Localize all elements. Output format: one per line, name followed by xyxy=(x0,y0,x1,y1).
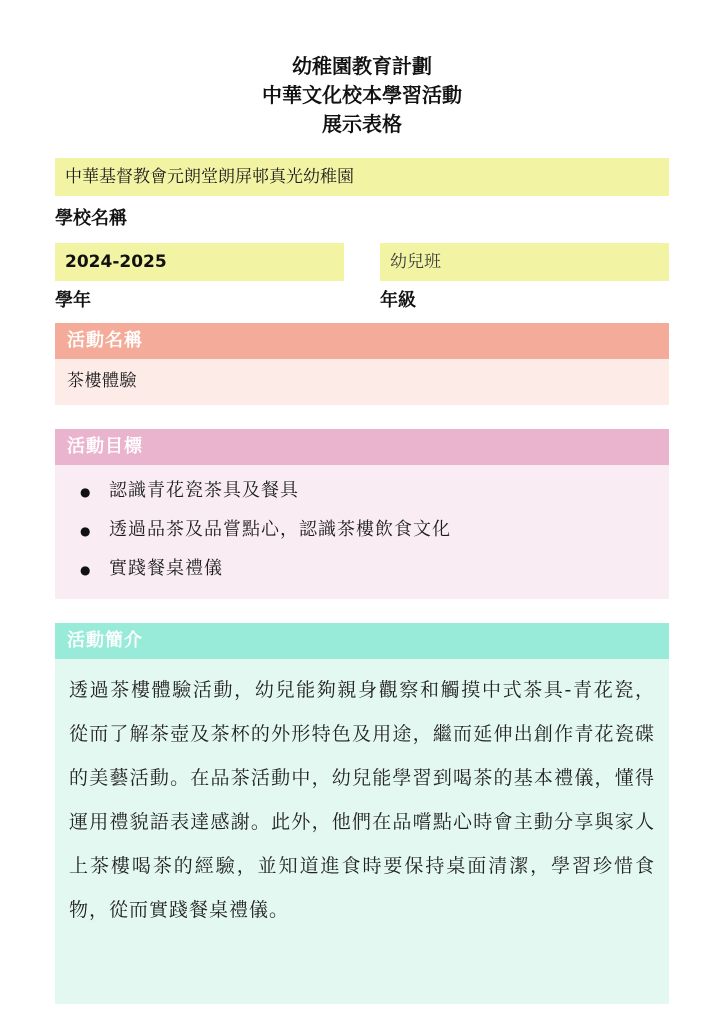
school-name-cell: 中華基督教會元朗堂朗屏邨真光幼稚園 xyxy=(55,158,669,196)
activity-goals-section: 活動目標 ● 認識青花瓷茶具及餐具 ● 透過品茶及品嘗點心，認識茶樓飲食文化 ●… xyxy=(55,429,669,599)
bullet-icon: ● xyxy=(67,479,109,505)
activity-goals-header: 活動目標 xyxy=(55,429,669,465)
year-grade-row: 2024-2025 學年 幼兒班 年級 xyxy=(55,243,669,313)
grade-column: 幼兒班 年級 xyxy=(380,243,669,313)
activity-intro-text: 透過茶樓體驗活動，幼兒能夠親身觀察和觸摸中式茶具-青花瓷，從而了解茶壺及茶杯的外… xyxy=(55,659,669,1004)
bullet-icon: ● xyxy=(67,557,109,583)
goal-text: 實踐餐桌禮儀 xyxy=(109,556,223,582)
activity-intro-section: 活動簡介 透過茶樓體驗活動，幼兒能夠親身觀察和觸摸中式茶具-青花瓷，從而了解茶壺… xyxy=(55,623,669,1004)
school-year-column: 2024-2025 學年 xyxy=(55,243,344,313)
goal-item: ● 實踐餐桌禮儀 xyxy=(67,550,657,589)
school-name-label: 學校名稱 xyxy=(55,207,669,231)
document-page: 幼稚園教育計劃 中華文化校本學習活動 展示表格 中華基督教會元朗堂朗屏邨真光幼稚… xyxy=(0,0,724,1024)
goal-item: ● 認識青花瓷茶具及餐具 xyxy=(67,472,657,511)
grade-label: 年級 xyxy=(380,289,669,313)
school-year-cell: 2024-2025 xyxy=(55,243,344,281)
activity-goals-list: ● 認識青花瓷茶具及餐具 ● 透過品茶及品嘗點心，認識茶樓飲食文化 ● 實踐餐桌… xyxy=(55,465,669,599)
grade-cell: 幼兒班 xyxy=(380,243,669,281)
document-title: 幼稚園教育計劃 中華文化校本學習活動 展示表格 xyxy=(55,52,669,139)
bullet-icon: ● xyxy=(67,518,109,544)
title-line-3: 展示表格 xyxy=(55,110,669,139)
school-year-label: 學年 xyxy=(55,289,344,313)
goal-text: 透過品茶及品嘗點心，認識茶樓飲食文化 xyxy=(109,517,451,543)
activity-name-section: 活動名稱 茶樓體驗 xyxy=(55,323,669,405)
title-line-1: 幼稚園教育計劃 xyxy=(55,52,669,81)
goal-item: ● 透過品茶及品嘗點心，認識茶樓飲食文化 xyxy=(67,511,657,550)
title-line-2: 中華文化校本學習活動 xyxy=(55,81,669,110)
activity-name-header: 活動名稱 xyxy=(55,323,669,359)
goal-text: 認識青花瓷茶具及餐具 xyxy=(109,478,299,504)
activity-name-value: 茶樓體驗 xyxy=(55,359,669,405)
activity-intro-header: 活動簡介 xyxy=(55,623,669,659)
